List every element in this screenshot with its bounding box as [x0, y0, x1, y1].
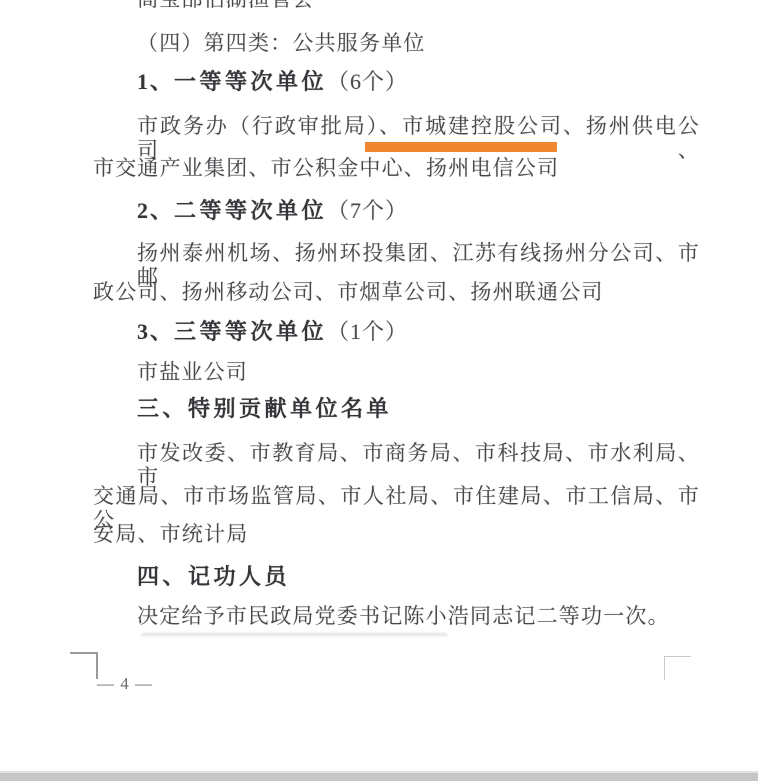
bottom-gray-bar: [0, 771, 758, 781]
special-units-line3: 安局、市统计局: [93, 522, 700, 546]
tier1-count: （6个）: [327, 69, 408, 94]
tier1-heading: 1、一等等次单位（6个）: [93, 69, 700, 94]
tier1-units-line2: 市交通产业集团、市公积金中心、扬州电信公司: [93, 156, 700, 180]
tier3-units-line1: 市盐业公司: [93, 360, 700, 384]
special-contribution-heading: 三、特别贡献单位名单: [93, 396, 700, 421]
page-corner-mark-left: [70, 652, 98, 679]
tier2-title: 二等等次单位: [174, 198, 327, 223]
scan-smudge-artifact: [142, 633, 447, 636]
tier1-units-line1: 市政务办（行政审批局）、市城建控股公司、扬州供电公司、: [93, 114, 700, 162]
tier2-count: （7个）: [327, 198, 408, 223]
clipped-top-line: 高宝邵伯湖渔管会: [93, 0, 700, 11]
section4-heading: （四）第四类：公共服务单位: [93, 31, 700, 55]
tier3-heading: 3、三等等次单位（1个）: [93, 319, 700, 344]
tier2-number: 2、: [137, 198, 174, 223]
page-corner-mark-right: [664, 656, 691, 680]
tier2-units-line2: 政公司、扬州移动公司、市烟草公司、扬州联通公司: [93, 280, 700, 304]
tier3-number: 3、: [137, 319, 174, 344]
tier2-heading: 2、二等等次单位（7个）: [93, 198, 700, 223]
merit-heading: 四、记功人员: [93, 564, 700, 589]
page-number: — 4 —: [97, 674, 153, 694]
tier3-title: 三等等次单位: [174, 319, 327, 344]
scanned-document-page: 高宝邵伯湖渔管会 （四）第四类：公共服务单位 1、一等等次单位（6个） 市政务办…: [0, 0, 758, 781]
merit-line1: 决定给予市民政局党委书记陈小浩同志记二等功一次。: [93, 604, 700, 628]
highlight-marker: [365, 142, 557, 152]
tier3-count: （1个）: [327, 319, 408, 344]
special-units-line1: 市发改委、市教育局、市商务局、市科技局、市水利局、市: [93, 441, 700, 489]
tier1-number: 1、: [137, 69, 174, 94]
tier1-title: 一等等次单位: [174, 69, 327, 94]
